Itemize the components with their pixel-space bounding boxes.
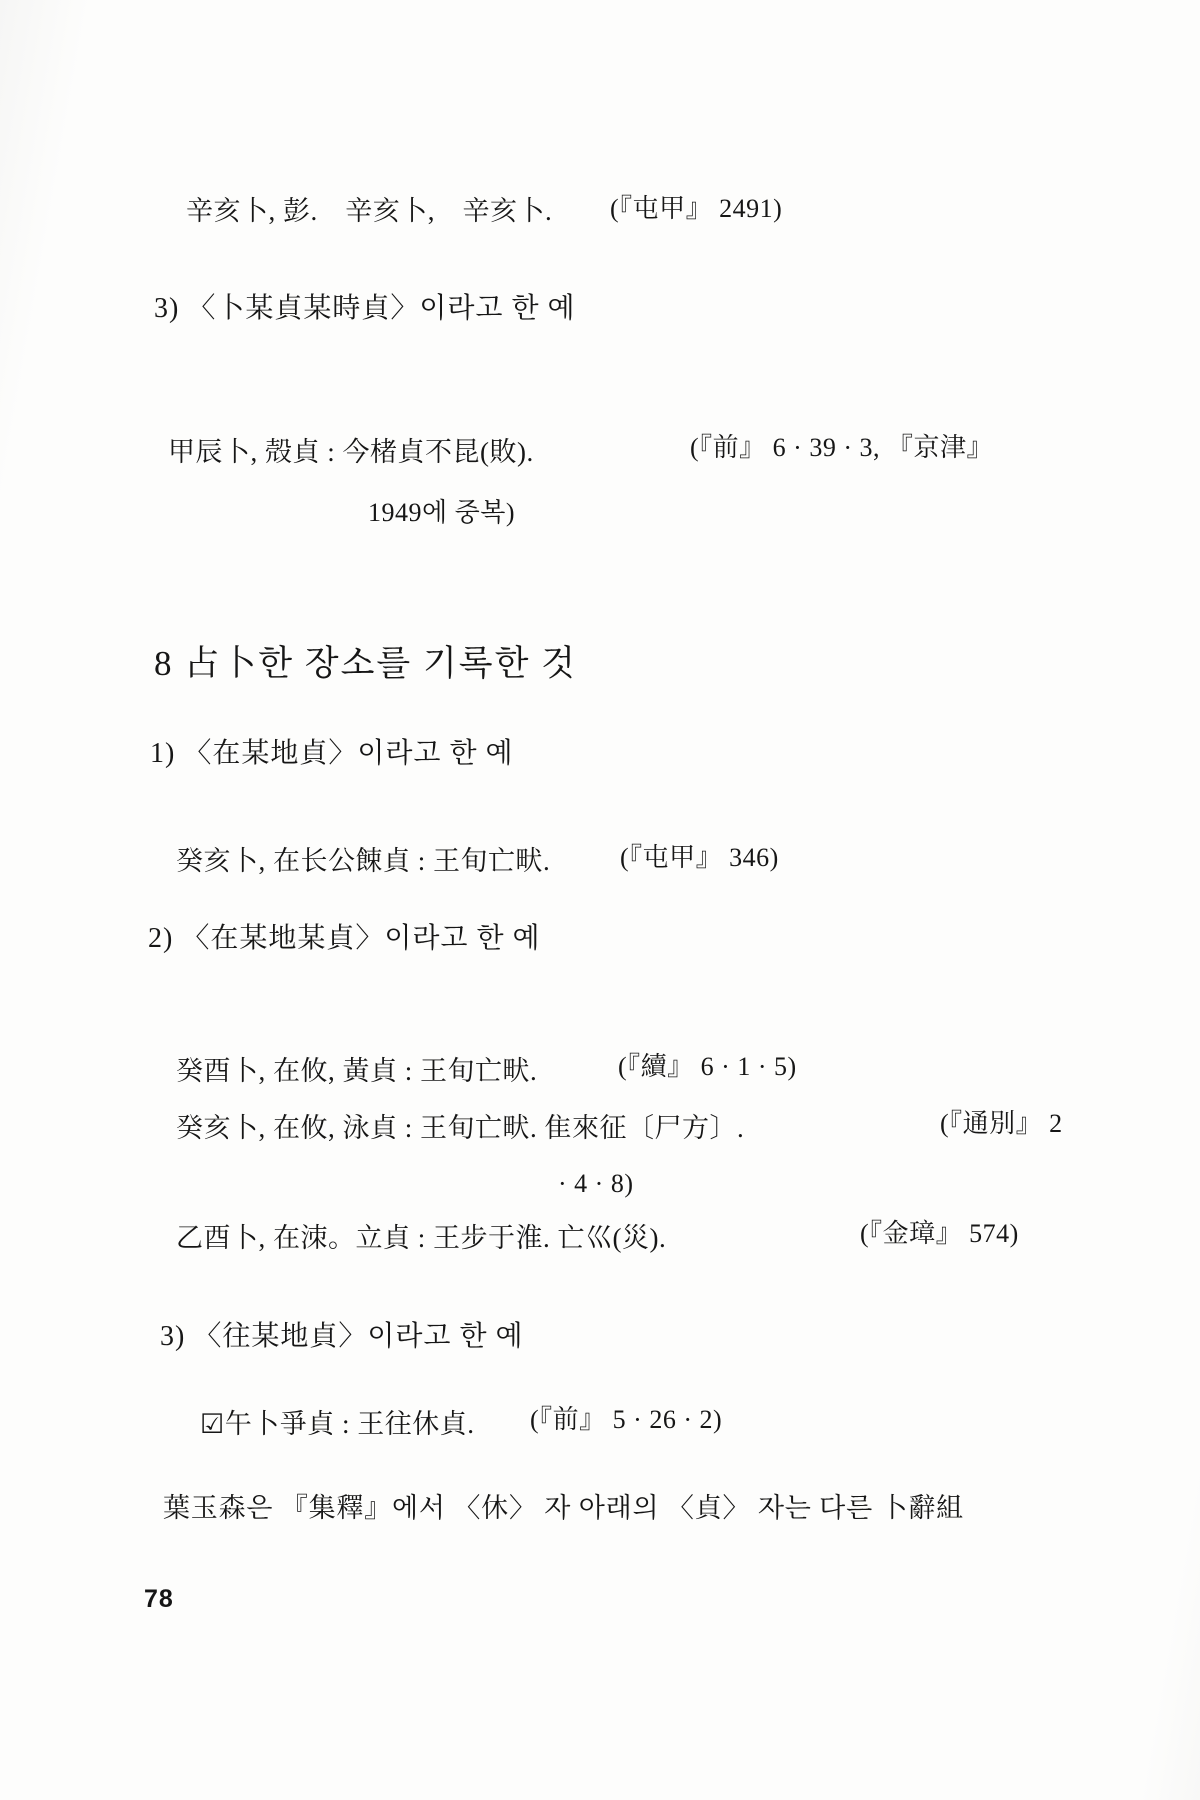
citation-continuation: 1949에 중복) <box>368 495 515 530</box>
source-citation: (『屯甲』 2491) <box>610 191 782 226</box>
numbered-subheading: 3) 〈卜某貞某時貞〉이라고 한 예 <box>154 290 576 328</box>
numbered-subheading: 2) 〈在某地某貞〉이라고 한 예 <box>148 920 541 958</box>
numbered-subheading: 1) 〈在某地貞〉이라고 한 예 <box>150 735 514 773</box>
oracle-example-line: 辛亥卜, 彭. 辛亥卜, 辛亥卜. <box>186 193 552 229</box>
body-paragraph: 葉玉森은 『集釋』에서 〈休〉 자 아래의 〈貞〉 자는 다른 卜辭組 <box>163 1490 964 1526</box>
page-number: 78 <box>144 1583 174 1617</box>
source-citation: (『通別』 2 <box>940 1106 1063 1141</box>
oracle-example-line: 甲辰卜, 殻貞 : 今楮貞不昆(敗). <box>168 434 534 470</box>
oracle-example-line: ☑午卜爭貞 : 王往休貞. <box>200 1406 474 1442</box>
oracle-example-line: 癸亥卜, 在长公餗貞 : 王旬亡畎. <box>176 843 550 879</box>
source-citation: (『前』 6 · 39 · 3, 『京津』 <box>690 430 993 465</box>
book-page: 辛亥卜, 彭. 辛亥卜, 辛亥卜. (『屯甲』 2491) 3) 〈卜某貞某時貞… <box>0 0 1200 1800</box>
oracle-example-line: 乙酉卜, 在洓。立貞 : 王步于淮. 亡巛(災). <box>176 1220 666 1256</box>
section-heading: 8 占卜한 장소를 기록한 것 <box>154 640 577 687</box>
oracle-example-line: 癸亥卜, 在攸, 泳貞 : 王旬亡畎. 隹來征〔尸方〕. <box>176 1110 744 1146</box>
numbered-subheading: 3) 〈往某地貞〉이라고 한 예 <box>160 1318 524 1356</box>
source-citation: (『前』 5 · 26 · 2) <box>530 1402 722 1437</box>
source-citation: (『屯甲』 346) <box>620 840 779 875</box>
source-citation: (『金璋』 574) <box>860 1216 1019 1251</box>
citation-continuation: · 4 · 8) <box>558 1166 633 1201</box>
source-citation: (『續』 6 · 1 · 5) <box>618 1049 797 1084</box>
oracle-example-line: 癸酉卜, 在攸, 黃貞 : 王旬亡畎. <box>176 1053 537 1089</box>
